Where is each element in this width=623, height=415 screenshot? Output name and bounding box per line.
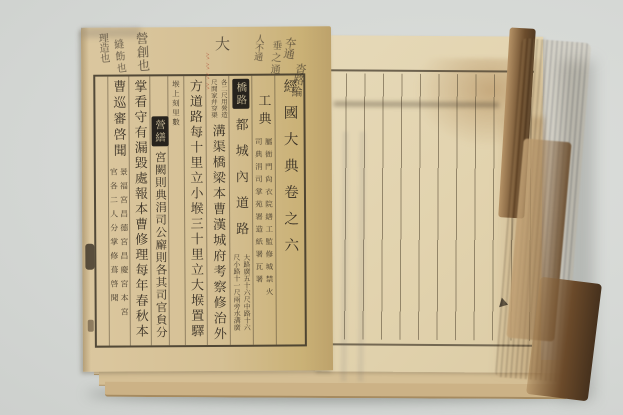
column-construction: 營繕 宮闕則典涓司公廨則各其司官貟分 xyxy=(149,76,170,345)
column-small-note: 堠上刻里數 xyxy=(167,76,186,345)
annotation-offices: 屬衙門尙衣院繕工監修城禁火 司典涓司掌苑署造紙署瓦署 xyxy=(254,138,275,301)
ink-blot xyxy=(85,244,94,270)
handwritten-gloss: 人不通 xyxy=(252,33,267,61)
entry-text: 都城內道路 xyxy=(232,118,252,248)
entry-text: 曹巡審啓聞 xyxy=(109,79,128,159)
section-header-yeongseon: 營繕 xyxy=(151,116,168,146)
annotation-sub-right: 大路廣五十六尺中路十六 xyxy=(242,254,252,331)
annotation-sub-right: 屬衙門尙衣院繕工監修城禁火 xyxy=(264,138,275,301)
annotation-milestones: 堠上刻里數 xyxy=(171,80,181,128)
handwritten-gloss: 理造也 xyxy=(94,33,111,64)
column-inspection: 曹巡審啓聞 景福宮昌德宮昌慶宮本宮 官各二人分掌修葺啓聞 xyxy=(107,76,131,345)
column-repairs: 掌看守有漏毀處報本曹修理每年春秋本 xyxy=(128,76,152,345)
annotation-sub-right: 各二尺用營造 xyxy=(218,79,228,118)
volume-title-text: 經國大典卷之六 xyxy=(279,78,301,264)
entry-text: 方道路每十里立小堠三十里立大堠置驛 xyxy=(186,79,207,339)
handwritten-gloss: 綸 xyxy=(288,86,304,97)
entry-text: 溝渠橋梁本曹漢城府考察修治外 xyxy=(209,124,229,343)
entry-text: 掌看守有漏毀處報本曹修理每年春秋本 xyxy=(130,79,151,339)
chapter-title-text: 工典 xyxy=(254,94,273,130)
handwritten-gloss: 營創也 xyxy=(132,32,152,73)
annotation-sub-left: 尺小路十一尺兩旁水溝廣 xyxy=(232,254,242,331)
page-stack-edge xyxy=(105,382,569,399)
column-volume-title: 經國大典卷之六 xyxy=(274,75,306,344)
section-header-gyoro: 橋路 xyxy=(232,79,249,109)
red-ink-gloss: 〻〻〻〻 xyxy=(202,52,213,92)
ink-blot xyxy=(88,320,94,332)
photo-old-book: 經國大典卷之六 工典 屬衙門尙衣院繕工監修城禁火 司典涓司掌苑署造紙署瓦署 橋路… xyxy=(0,0,623,415)
column-chapter-gongjeon: 工典 屬衙門尙衣院繕工監修城禁火 司典涓司掌苑署造紙署瓦署 xyxy=(251,76,277,345)
annotation-palaces: 景福宮昌德宮昌慶宮本宮 官各二人分掌修葺啓聞 xyxy=(109,167,130,321)
entry-text: 宮闕則典涓司公廨則各其司官貟分 xyxy=(152,151,169,339)
print-frame: 經國大典卷之六 工典 屬衙門尙衣院繕工監修城禁火 司典涓司掌苑署造紙署瓦署 橋路… xyxy=(93,73,307,347)
annotation-sub-right: 景福宮昌德宮昌慶宮本宮 xyxy=(119,167,130,321)
column-provincial-roads: 方道路每十里立小堠三十里立大堠置驛 xyxy=(183,76,208,345)
annotation-road-widths: 大路廣五十六尺中路十六 尺小路十一尺兩旁水溝廣 xyxy=(232,254,252,331)
column-ditches-bridges: 各二尺用營造 尺閭家幷穿渠 溝渠橋梁本曹漢城府考察修治外 xyxy=(205,76,231,345)
handwritten-gloss: 大 xyxy=(211,36,232,51)
column-bridges-roads: 橋路 都城內道路 大路廣五十六尺中路十六 尺小路十一尺兩旁水溝廣 xyxy=(228,76,254,345)
ink-bleedthrough xyxy=(330,131,366,381)
handwritten-gloss: 夲通 xyxy=(280,36,299,60)
